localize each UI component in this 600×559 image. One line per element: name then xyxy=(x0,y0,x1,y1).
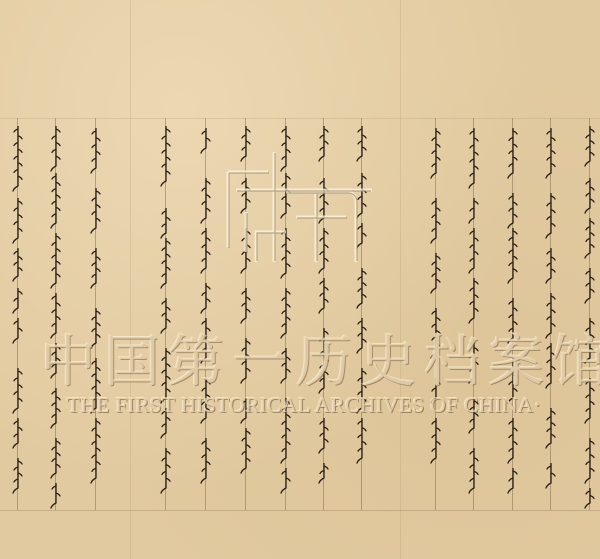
manchu-word xyxy=(545,248,557,284)
manchu-word xyxy=(160,298,172,334)
manchu-word xyxy=(200,128,212,154)
manchu-word xyxy=(240,338,252,384)
manchu-word xyxy=(200,283,212,314)
manchu-word xyxy=(12,318,24,344)
manchu-word xyxy=(240,398,252,424)
manchu-word xyxy=(507,228,519,284)
manchu-word xyxy=(50,438,62,479)
manchu-word xyxy=(545,343,557,389)
manchu-word xyxy=(240,126,252,162)
manchu-word xyxy=(12,248,24,282)
manchu-word xyxy=(12,198,24,244)
manchu-word xyxy=(356,268,368,309)
manchu-word xyxy=(430,418,442,464)
manchu-word xyxy=(468,228,480,274)
manchu-word xyxy=(160,238,172,289)
manchu-word xyxy=(12,288,24,314)
script-column xyxy=(50,118,62,510)
manchu-word xyxy=(160,126,172,187)
manchu-word xyxy=(545,293,557,339)
manchu-word xyxy=(430,198,442,244)
manchu-word xyxy=(200,438,212,484)
manchu-word xyxy=(90,128,102,174)
manchu-word xyxy=(584,126,596,167)
manchu-word xyxy=(430,128,442,179)
script-column xyxy=(584,118,596,510)
manchu-word xyxy=(50,483,62,509)
manchu-word xyxy=(90,308,102,349)
script-column xyxy=(318,118,330,510)
fold-line xyxy=(400,0,401,559)
manchu-word xyxy=(160,408,172,439)
manchu-word xyxy=(584,488,596,509)
manchu-word xyxy=(545,463,557,489)
manchu-word xyxy=(280,126,292,172)
script-column xyxy=(240,118,252,510)
script-column xyxy=(430,118,442,510)
manchu-word xyxy=(468,128,480,189)
script-column xyxy=(200,118,212,510)
manchu-word xyxy=(507,128,519,179)
manchu-word xyxy=(50,233,62,289)
manchu-word xyxy=(160,348,172,404)
manchu-word xyxy=(507,358,519,404)
manchu-word xyxy=(318,228,330,274)
manchu-word xyxy=(507,298,519,344)
manchu-word xyxy=(356,173,368,219)
manchu-word xyxy=(318,178,330,224)
script-column xyxy=(160,118,172,510)
manchu-word xyxy=(12,458,24,494)
manchu-word xyxy=(90,358,102,414)
manchu-word xyxy=(545,193,557,239)
manchu-word xyxy=(584,178,596,214)
manchu-word xyxy=(200,378,212,424)
manchu-word xyxy=(318,463,330,484)
manchu-word xyxy=(318,126,330,162)
manchu-word xyxy=(318,418,330,454)
manchu-word xyxy=(356,318,368,354)
manchu-word xyxy=(280,228,292,279)
manchu-word xyxy=(12,126,24,192)
manchu-word xyxy=(356,368,368,414)
manchu-word xyxy=(90,418,102,484)
manchu-word xyxy=(280,288,292,339)
manchu-word xyxy=(318,328,330,394)
manuscript-page: 中国第一历史档案馆 THE FIRST HISTORICAL ARCHIVES … xyxy=(0,0,600,559)
manchu-word xyxy=(200,178,212,224)
manchu-word xyxy=(280,173,292,219)
script-column xyxy=(12,118,24,510)
manchu-word xyxy=(584,268,596,304)
manchu-word xyxy=(356,126,368,162)
manchu-word xyxy=(468,198,480,224)
manchu-word xyxy=(468,448,480,494)
manchu-word xyxy=(280,348,292,384)
manchu-word xyxy=(507,468,519,494)
manchu-word xyxy=(430,378,442,404)
manchu-word xyxy=(200,228,212,274)
manchu-word xyxy=(160,448,172,494)
script-column xyxy=(280,118,292,510)
manchu-word xyxy=(50,388,62,429)
manchu-word xyxy=(200,318,212,364)
manchu-word xyxy=(430,253,442,294)
manchu-word xyxy=(280,468,292,494)
manchu-word xyxy=(12,418,24,449)
manchu-word xyxy=(240,228,252,274)
manchu-word xyxy=(584,218,596,259)
manchu-word xyxy=(584,438,596,484)
manchu-word xyxy=(240,288,252,324)
manchu-word xyxy=(468,398,480,434)
bottom-rule xyxy=(0,510,600,511)
manchu-word xyxy=(50,173,62,229)
manchu-word xyxy=(12,368,24,414)
manchu-word xyxy=(356,418,368,464)
script-column xyxy=(468,118,480,510)
manchu-word xyxy=(468,278,480,324)
script-column xyxy=(356,118,368,510)
manchu-word xyxy=(545,408,557,449)
manchu-word xyxy=(240,178,252,214)
manchu-word xyxy=(507,418,519,464)
manchu-word xyxy=(90,248,102,289)
manchu-word xyxy=(356,223,368,249)
manchu-word xyxy=(584,318,596,364)
manchu-word xyxy=(50,126,62,172)
script-column xyxy=(545,118,557,510)
script-column xyxy=(90,118,102,510)
manchu-word xyxy=(50,343,62,379)
manchu-word xyxy=(280,398,292,464)
manchu-word xyxy=(584,378,596,424)
manchu-word xyxy=(318,278,330,314)
manchu-word xyxy=(468,338,480,384)
manchu-word xyxy=(545,128,557,179)
script-column xyxy=(507,118,519,510)
manchu-word xyxy=(160,208,172,239)
manchu-word xyxy=(430,308,442,359)
fold-line xyxy=(130,0,131,559)
manchu-word xyxy=(90,188,102,234)
manchu-word xyxy=(50,293,62,339)
watermark-chinese: 中国第一历史档案馆 xyxy=(40,318,560,398)
manchu-word xyxy=(240,428,252,474)
manchu-word xyxy=(507,193,519,229)
